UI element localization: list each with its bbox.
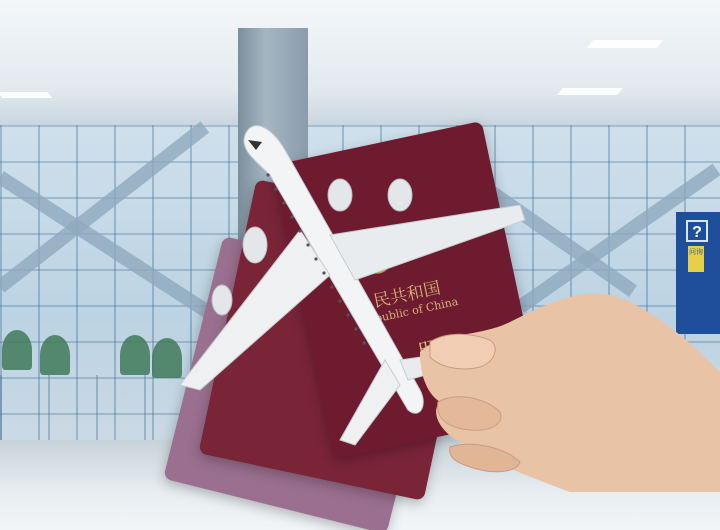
airport-photo: ? 问询 护 人民共和国 Republic of China 照 — [0, 0, 720, 530]
hand — [420, 262, 720, 492]
